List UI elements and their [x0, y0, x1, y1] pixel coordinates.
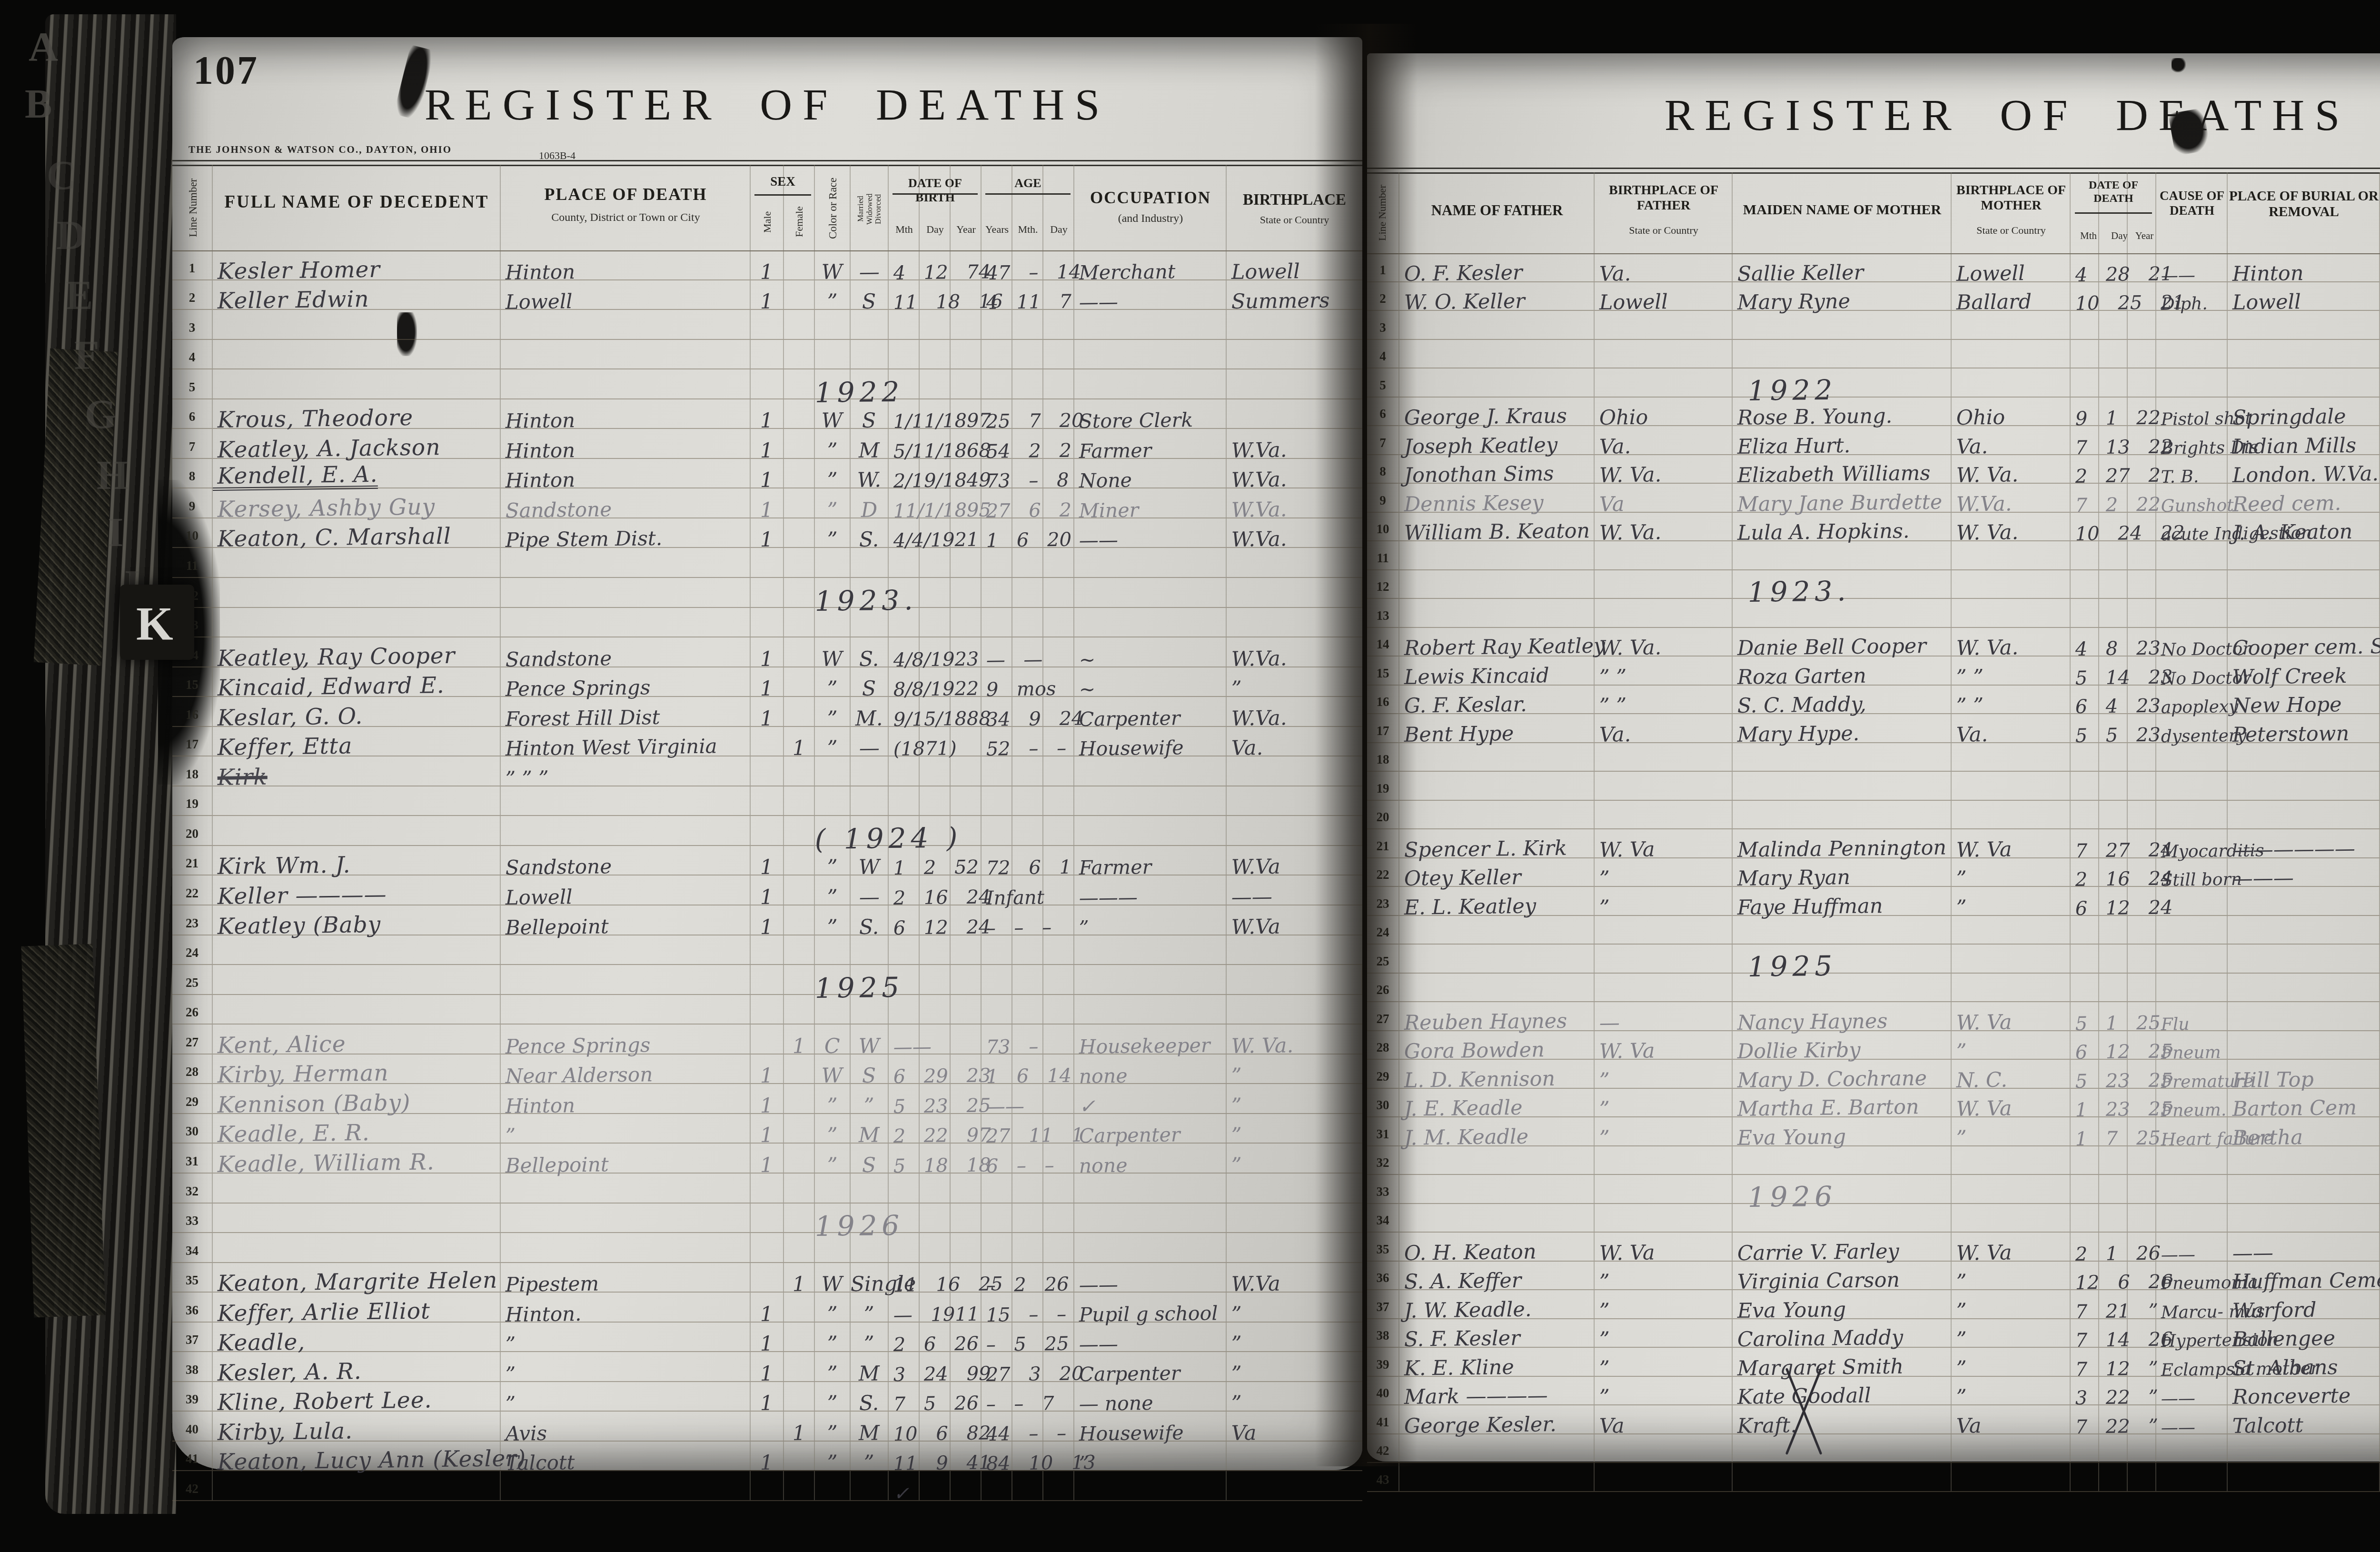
handwritten-entry: Bertha — [2227, 1127, 2303, 1149]
handwritten-entry: M — [858, 1125, 880, 1146]
line-number: 38 — [172, 1363, 212, 1381]
cell-cause: Still born — [2156, 858, 2228, 886]
handwritten-entry: ” — [1951, 1301, 1967, 1321]
cell-place: Sandstone — [501, 846, 751, 875]
line-number: 24 — [172, 945, 212, 964]
line-number: 30 — [172, 1124, 212, 1143]
cell-burial: Indian Mills — [2228, 426, 2380, 454]
cell-bp: W.Va. — [1227, 459, 1362, 488]
line-number: 41 — [1367, 1415, 1398, 1433]
cell-mbp: Ballard — [1952, 282, 2071, 310]
handwritten-entry: W. O. Keller — [1399, 291, 1525, 313]
line-number: 32 — [1367, 1155, 1398, 1174]
handwritten-entry: S. — [859, 917, 879, 938]
cell-n: 19 — [1367, 772, 1399, 800]
line-number: 30 — [1367, 1098, 1398, 1116]
cell-mother — [1733, 1463, 1952, 1491]
cell-n: 25 — [172, 965, 213, 994]
handwritten-entry: Wolf Creek — [2227, 666, 2347, 687]
cell-burial — [2228, 887, 2380, 915]
register-row: 3 — [172, 310, 1362, 340]
cell-burial: —————— — [2228, 829, 2380, 857]
cell-n: 30 — [1367, 1089, 1399, 1117]
handwritten-entry: Carpenter — [1074, 1363, 1180, 1384]
cell-father — [1399, 772, 1595, 800]
handwritten-entry: St. Albans — [2227, 1357, 2338, 1379]
cell-bp: ” — [1227, 1055, 1362, 1084]
handwritten-entry: 73 – — [982, 1037, 1039, 1056]
cell-n: 13 — [172, 608, 213, 637]
register-row: 3 — [1367, 311, 2380, 340]
cell-bp: ” — [1227, 667, 1362, 696]
cell-age — [982, 816, 1074, 845]
cell-mar: D — [851, 488, 889, 517]
register-row: 1Kesler HomerHinton1W—4 12 7447 – 14Merc… — [172, 250, 1362, 280]
cell-n: 19 — [172, 786, 213, 816]
cell-race: ” — [815, 429, 851, 458]
cell-m: 1 — [751, 637, 784, 667]
cell-burial: Ronceverte — [2228, 1377, 2380, 1405]
cell-f — [784, 1442, 815, 1471]
cell-fbp: ” — [1595, 1377, 1733, 1405]
handwritten-entry: Kraft. — [1732, 1415, 1797, 1437]
cell-f — [784, 1293, 815, 1322]
handwritten-entry: 1 2 52 — [889, 858, 979, 878]
handwritten-entry: K. E. Kline — [1399, 1357, 1514, 1379]
handwritten-entry: — — — [982, 650, 1043, 670]
cell-m: 1 — [751, 1293, 784, 1322]
cell-mbp: ” — [1952, 1262, 2071, 1290]
register-row: 21Kirk Wm. J.Sandstone1”W1 2 5272 6 1Far… — [172, 846, 1362, 876]
cell-name: Kent, Alice — [213, 1025, 501, 1054]
cell-n: 4 — [1367, 340, 1399, 368]
handwritten-entry: 1 — [760, 262, 773, 282]
handwritten-entry: — none — [1074, 1393, 1153, 1414]
cell-mbp: W. Va — [1952, 1233, 2071, 1261]
cell-f — [784, 165, 815, 250]
handwritten-entry: —— — [1226, 887, 1272, 908]
cell-bp: W.Va. — [1227, 697, 1362, 726]
cell-death — [2071, 916, 2156, 944]
cell-age: 73 – — [982, 1025, 1074, 1054]
cell-burial — [2228, 916, 2380, 944]
handwritten-entry: — — [859, 738, 880, 759]
cell-dob: —— — [889, 1025, 982, 1054]
handwritten-entry: 1 — [760, 1096, 773, 1116]
cell-mother: Lula A. Hopkins. — [1733, 513, 1952, 541]
handwritten-entry: Lowell — [500, 887, 572, 908]
handwritten-entry: 1 6 14 — [982, 1066, 1072, 1086]
cell-n: 24 — [172, 935, 213, 965]
cell-dob: 4 12 74 — [889, 250, 982, 279]
line-number: 34 — [1367, 1213, 1398, 1232]
cell-burial — [2228, 743, 2380, 771]
cell-father — [1399, 1434, 1595, 1462]
cell-n: 15 — [172, 667, 213, 696]
cell-place: Pence Springs — [501, 1025, 751, 1054]
cell-age — [982, 1471, 1074, 1500]
handwritten-entry: Va. — [1594, 437, 1631, 458]
cell-age: 47 – 14 — [982, 250, 1074, 279]
cell-death: 2 1 26 — [2071, 1233, 2156, 1261]
handwritten-entry: 1 — [760, 1334, 773, 1354]
cell-f — [784, 786, 815, 816]
cell-place: ” ” ” — [501, 756, 751, 786]
page-title: REGISTER OF DEATHS — [172, 79, 1362, 130]
register-table-left: Line Number FULL NAME OF DECEDENT PLACE … — [172, 165, 1362, 1501]
cell-burial — [2228, 945, 2380, 973]
line-number: 9 — [172, 499, 212, 517]
cell-place: ” — [501, 1382, 751, 1411]
register-row: 36Keffer, Arlie ElliotHinton.1””— 191115… — [172, 1293, 1362, 1323]
handwritten-entry: Kate Goodall — [1732, 1385, 1871, 1408]
cell-mother: Kate Goodall — [1733, 1377, 1952, 1405]
handwritten-entry: 27 11 1 — [982, 1126, 1084, 1146]
cell-f — [784, 756, 815, 786]
cell-death — [2071, 945, 2156, 973]
cell-father: Reuben Haynes — [1399, 1002, 1595, 1030]
cell-n: 26 — [172, 995, 213, 1024]
cell-f — [784, 429, 815, 458]
register-row: 17Bent HypeVa.Mary Hype.Va.5 5 23dysente… — [1367, 714, 2380, 743]
handwritten-entry: 1 — [760, 649, 773, 669]
cell-n: 36 — [1367, 1262, 1399, 1290]
cell-n: 20 — [172, 816, 213, 845]
cell-father: Bent Hype — [1399, 714, 1595, 742]
cell-burial — [2228, 1031, 2380, 1059]
cell-father: Lewis Kincaid — [1399, 657, 1595, 685]
cell-mother: Eliza Hurt. — [1733, 426, 1952, 454]
cell-bp: W.Va. — [1227, 429, 1362, 458]
handwritten-entry: Keller ———— — [212, 884, 387, 908]
cell-name — [213, 995, 501, 1024]
cell-race: ” — [815, 518, 851, 547]
cell-f — [784, 1382, 815, 1411]
form-number: 1063B-4 — [539, 149, 575, 162]
line-number: 4 — [1367, 349, 1398, 368]
handwritten-entry: Kirby, Herman — [212, 1062, 389, 1087]
handwritten-entry: W.Va — [1226, 916, 1280, 937]
cell-f: 1 — [784, 1025, 815, 1054]
cell-father: W. O. Keller — [1399, 282, 1595, 310]
handwritten-entry: Indian Mills — [2227, 435, 2356, 457]
cell-n: 23 — [1367, 887, 1399, 915]
cell-bp: ” — [1227, 1114, 1362, 1143]
handwritten-entry: ” — [827, 1423, 838, 1444]
register-row: 24 — [172, 935, 1362, 965]
cell-father: J. M. Keadle — [1399, 1117, 1595, 1145]
handwritten-entry: 1 — [760, 1304, 773, 1324]
line-number: 24 — [1367, 925, 1398, 944]
cell-n: 38 — [172, 1352, 213, 1381]
register-row: 4 — [1367, 340, 2380, 369]
cell-bp — [1227, 756, 1362, 786]
cell-name: Keatley, A. Jackson — [213, 429, 501, 458]
cell-fbp: W. Va. — [1595, 628, 1733, 656]
cell-occ: Housekeeper — [1074, 1025, 1227, 1054]
cell-mar: S — [851, 280, 889, 309]
cell-m — [751, 727, 784, 756]
cell-age — [982, 1233, 1074, 1262]
handwritten-entry: M. — [855, 708, 883, 729]
cell-burial: Wolf Creek — [2228, 657, 2380, 685]
handwritten-entry: Pipestem — [500, 1274, 599, 1295]
cell-fbp: Va — [1595, 484, 1733, 512]
cell-n: 22 — [172, 875, 213, 905]
handwritten-entry: W. Va — [1951, 1098, 2012, 1120]
line-number: 7 — [1367, 436, 1398, 454]
register-row: 20( 1924 ) — [172, 816, 1362, 846]
cell-m — [751, 1025, 784, 1054]
handwritten-entry: Faye Huffman — [1732, 896, 1883, 918]
cell-m — [751, 608, 784, 637]
handwritten-entry: Housewife — [1074, 738, 1183, 759]
cell-death — [2071, 1434, 2156, 1462]
handwritten-entry: 2 22 97 — [889, 1126, 991, 1146]
handwritten-entry: W. Va — [1594, 839, 1655, 861]
cell-n: 29 — [172, 1084, 213, 1113]
line-number: 2 — [1367, 291, 1398, 310]
cell-occ: ” — [1074, 1442, 1227, 1471]
handwritten-entry: J. E. Keadle — [1399, 1098, 1522, 1120]
cell-n: 8 — [1367, 455, 1399, 483]
handwritten-entry: 7 21 ” — [2071, 1301, 2159, 1321]
register-row: 39K. E. Kline”Margaret Smith”7 12 ”Eclam… — [1367, 1348, 2380, 1377]
cell-fbp — [1595, 1204, 1733, 1232]
cell-race: ” — [815, 280, 851, 309]
handwritten-entry: William B. Keaton — [1399, 521, 1590, 544]
cell-fbp — [1595, 340, 1733, 368]
cell-n — [172, 165, 213, 250]
cell-bp: ” — [1227, 1144, 1362, 1173]
cell-m — [751, 1412, 784, 1441]
handwritten-entry: ” — [500, 1364, 516, 1384]
cell-bp — [1227, 340, 1362, 369]
cell-father — [1399, 1204, 1595, 1232]
cell-mbp — [1952, 743, 2071, 771]
handwritten-entry: ” — [1226, 1304, 1242, 1324]
cell-burial — [2228, 1002, 2380, 1030]
cell-race: W — [815, 1055, 851, 1084]
cell-name — [213, 310, 501, 339]
cell-f — [784, 1174, 815, 1203]
handwritten-entry: ” ” ” — [500, 768, 549, 789]
cell-mbp: Lowell — [1952, 253, 2071, 281]
handwritten-entry: 1 — [792, 738, 805, 759]
cell-cause — [2156, 1204, 2228, 1232]
cell-name — [213, 369, 501, 398]
cell-cause: Pneum — [2156, 1031, 2228, 1059]
cell-fbp — [1595, 172, 1733, 253]
cell-age: – 5 25 — [982, 1323, 1074, 1352]
cell-burial: Warford — [2228, 1290, 2380, 1318]
cell-occ: Carpenter — [1074, 1114, 1227, 1143]
cell-bp — [1227, 369, 1362, 398]
handwritten-entry: 1 — [792, 1274, 805, 1295]
cell-cause — [2156, 368, 2228, 397]
line-number: 27 — [172, 1035, 212, 1054]
handwritten-entry: Talcott — [500, 1453, 575, 1474]
handwritten-entry: Barton Cem — [2227, 1098, 2357, 1120]
cell-age: Infant — [982, 875, 1074, 905]
handwritten-entry: 15 – – — [982, 1305, 1067, 1325]
cell-m: 1 — [751, 1382, 784, 1411]
right-page: 107 REGISTER OF DEATHS Line Number NAME … — [1367, 53, 2380, 1462]
cell-n: 23 — [172, 905, 213, 935]
line-number: 4 — [172, 350, 212, 368]
cell-f — [784, 1471, 815, 1500]
cell-mbp — [1952, 172, 2071, 253]
handwritten-entry: None — [1074, 471, 1132, 491]
line-number: 27 — [1367, 1012, 1398, 1030]
cell-age: 6 – – — [982, 1144, 1074, 1173]
handwritten-entry: S. F. Kesler — [1399, 1328, 1520, 1350]
handwritten-entry: ” — [1594, 869, 1610, 889]
cell-mar — [851, 165, 889, 250]
cell-cause: Pneumonia — [2156, 1262, 2228, 1290]
cell-name — [213, 578, 501, 607]
cell-m — [751, 1263, 784, 1292]
cell-n: 32 — [1367, 1146, 1399, 1174]
line-number: 16 — [172, 707, 212, 726]
cell-occ — [1074, 935, 1227, 965]
cell-race: ” — [815, 1293, 851, 1322]
cell-mother — [1733, 916, 1952, 944]
cell-n: 30 — [172, 1114, 213, 1143]
handwritten-entry: ✓ — [889, 1484, 910, 1503]
year-heading: 1925 — [1743, 952, 1837, 980]
handwritten-entry: London. W.Va. — [2227, 464, 2379, 486]
cell-m — [751, 995, 784, 1024]
cell-place: Avis — [501, 1412, 751, 1441]
cell-f — [784, 1144, 815, 1173]
register-row: 41George Kesler.VaKraft.Va7 22 ”——Talcot… — [1367, 1405, 2380, 1434]
cell-n: 34 — [1367, 1204, 1399, 1232]
cell-bp: W.Va — [1227, 905, 1362, 935]
handwritten-entry: 54 2 2 — [982, 441, 1072, 461]
handwritten-entry: O. F. Kesler — [1399, 262, 1522, 284]
line-number: 28 — [1367, 1040, 1398, 1059]
cell-f — [784, 310, 815, 339]
handwritten-entry: S — [862, 411, 876, 431]
cell-bp: ” — [1227, 1382, 1362, 1411]
line-number: 37 — [172, 1333, 212, 1351]
cell-occ: none — [1074, 1144, 1227, 1173]
cell-death — [2071, 599, 2156, 627]
line-number: 42 — [1367, 1443, 1398, 1462]
cell-burial: St. Albans — [2228, 1348, 2380, 1376]
cell-age: – 2 26 — [982, 1263, 1074, 1292]
cell-father: Spencer L. Kirk — [1399, 829, 1595, 857]
line-number: 25 — [1367, 954, 1398, 973]
cell-mbp — [1952, 340, 2071, 368]
cell-m — [751, 786, 784, 816]
handwritten-entry: Kersey, Ashby Guy — [212, 496, 435, 521]
cell-race: ” — [815, 1412, 851, 1441]
handwritten-entry: Keaton, Margrite Helen — [212, 1269, 497, 1295]
handwritten-entry: ” — [863, 1304, 874, 1324]
handwritten-entry: — — [859, 887, 880, 908]
handwritten-entry: ✓ — [1074, 1096, 1095, 1116]
cell-cause: No Doctor — [2156, 628, 2228, 656]
handwritten-entry: 7 12 ” — [2071, 1359, 2159, 1379]
register-row: 31J. M. Keadle”Eva Young”1 7 25Heart fai… — [1367, 1117, 2380, 1146]
cell-father — [1399, 311, 1595, 339]
cell-place: Hinton — [501, 250, 751, 279]
cell-name: Keadle, E. R. — [213, 1114, 501, 1143]
cell-cause — [2156, 570, 2228, 598]
handwritten-entry: ” ” — [1951, 667, 1983, 688]
cell-mother — [1733, 172, 1952, 253]
handwritten-entry: W.Va. — [1226, 499, 1287, 521]
handwritten-entry: George J. Kraus — [1399, 406, 1567, 428]
cell-age: 25 7 20 — [982, 399, 1074, 428]
handwritten-entry: Krous, Theodore — [212, 407, 413, 431]
cell-mother: Faye Huffman — [1733, 887, 1952, 915]
cell-n: 16 — [1367, 686, 1399, 714]
cell-father — [1399, 1146, 1595, 1174]
handwritten-entry: ” — [500, 1334, 516, 1354]
cell-occ: —— — [1074, 518, 1227, 547]
handwritten-entry: W — [822, 1274, 843, 1295]
handwritten-entry: 1 — [760, 292, 773, 312]
handwritten-entry: Sandstone — [500, 499, 612, 521]
cell-death: 2 16 24 — [2071, 858, 2156, 886]
register-row: 18 — [1367, 743, 2380, 772]
register-row: 42 — [1367, 1434, 2380, 1463]
cell-mother: Carrie V. Farley — [1733, 1233, 1952, 1261]
cell-occ: —— — [1074, 1263, 1227, 1292]
cell-n: 21 — [172, 846, 213, 875]
handwritten-entry: Dollie Kirby — [1732, 1040, 1861, 1062]
register-row: 18Kirk” ” ” — [172, 756, 1362, 786]
cell-occ: ~ — [1074, 637, 1227, 667]
cell-mother: Virginia Carson — [1733, 1262, 1952, 1290]
cell-n: 2 — [1367, 282, 1399, 310]
handwritten-entry: — — [859, 262, 880, 283]
handwritten-entry: 25 7 20 — [982, 411, 1084, 432]
cell-burial: —— — [2228, 1233, 2380, 1261]
register-row: 251925 — [172, 965, 1362, 995]
cell-burial: Barton Cem — [2228, 1089, 2380, 1117]
cell-cause — [2156, 801, 2228, 829]
cell-name: Kirk Wm. J. — [213, 846, 501, 875]
index-tab-b: B — [25, 80, 52, 128]
cell-dob: 9/15/1888 — [889, 697, 982, 726]
handwritten-entry: Reuben Haynes — [1399, 1011, 1567, 1033]
cell-n: 38 — [1367, 1319, 1399, 1347]
cell-n: 3 — [1367, 311, 1399, 339]
cell-mbp: ” — [1952, 1377, 2071, 1405]
cell-n: 40 — [1367, 1377, 1399, 1405]
cell-mother — [1733, 1146, 1952, 1174]
cell-place: Pipestem — [501, 1263, 751, 1292]
cell-mother — [1733, 541, 1952, 569]
year-heading: 1922 — [810, 378, 904, 406]
cell-fbp: W. Va — [1595, 829, 1733, 857]
cell-m — [751, 1233, 784, 1262]
cell-occ — [1074, 340, 1227, 369]
handwritten-entry: Roza Garten — [1732, 666, 1866, 687]
cell-f — [784, 340, 815, 369]
cell-cause — [2156, 772, 2228, 800]
cell-mar — [851, 548, 889, 577]
handwritten-entry: Housekeeper — [1074, 1035, 1210, 1056]
cell-cause — [2156, 1175, 2228, 1203]
handwritten-entry: S. C. Maddy, — [1732, 695, 1866, 716]
handwritten-entry: ” — [827, 1453, 838, 1473]
cell-cause — [2156, 974, 2228, 1002]
